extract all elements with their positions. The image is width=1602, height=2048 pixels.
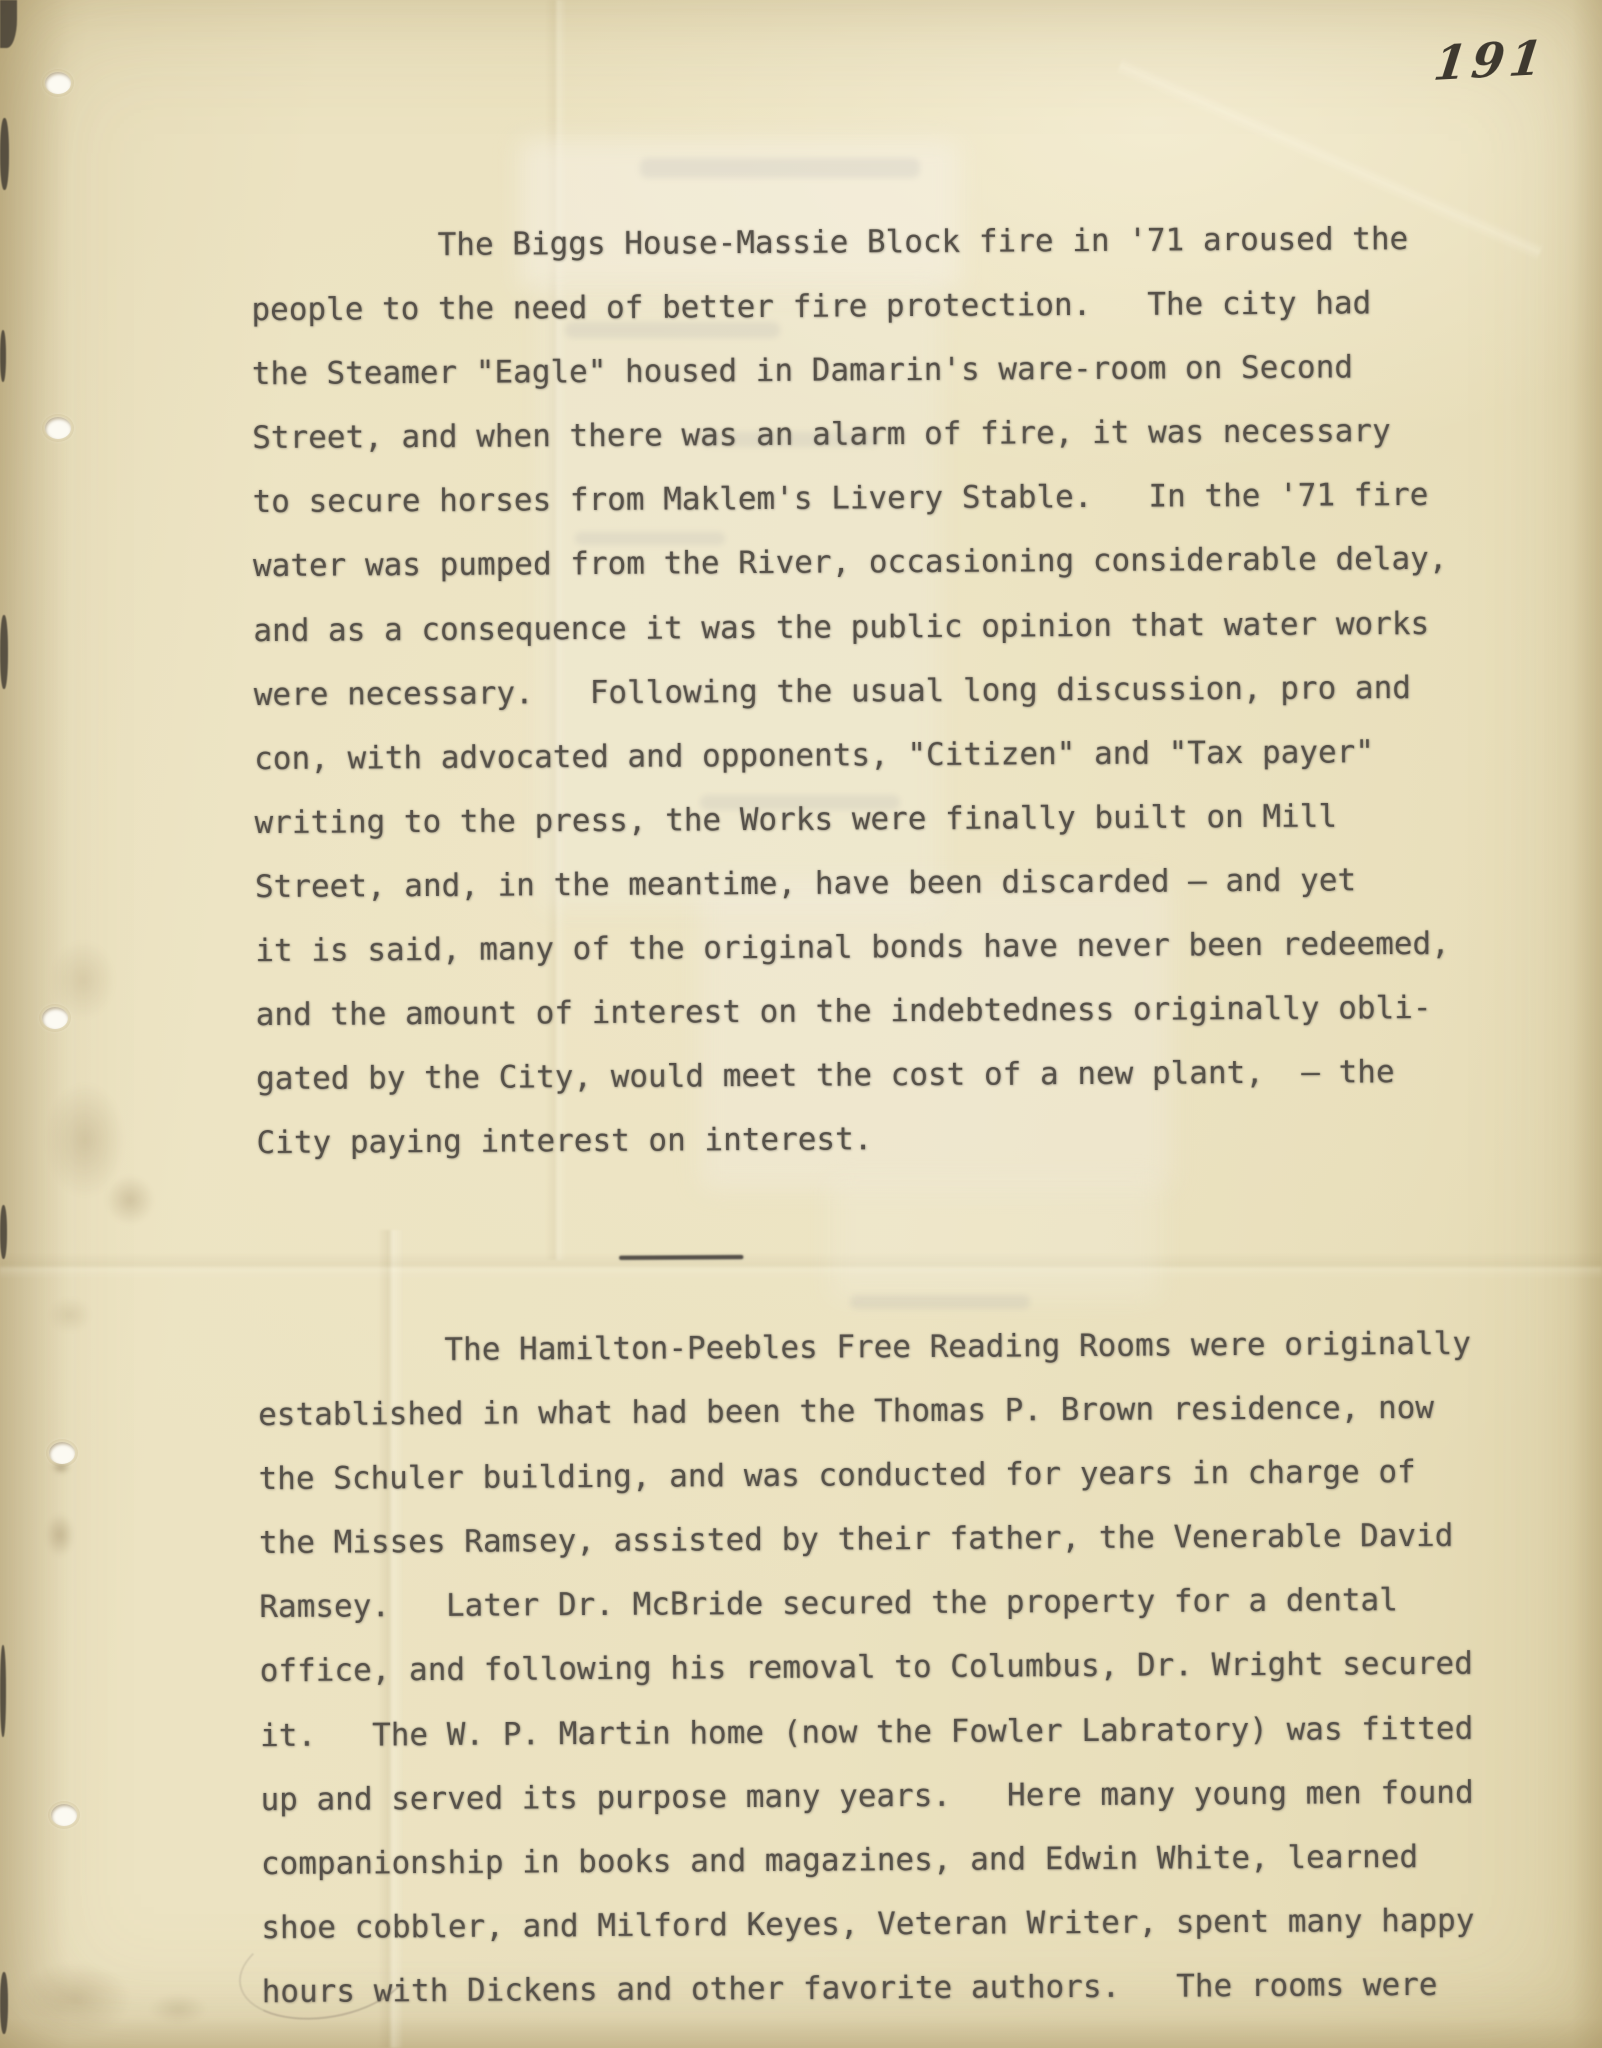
typed-line: people to the need of better fire protec… <box>251 271 1446 342</box>
typed-line: the Schuler building, and was conducted … <box>258 1440 1472 1512</box>
typed-line: office, and following his removal to Col… <box>260 1632 1474 1704</box>
torn-edge-chip <box>0 1645 6 1737</box>
typed-line: to secure horses from Maklem's Livery St… <box>252 463 1447 534</box>
typed-line: it. The W. P. Martin home (now the Fowle… <box>260 1696 1474 1768</box>
typed-line: were necessary. Following the usual long… <box>254 655 1449 726</box>
typed-line: the Misses Ramsey, assisted by their fat… <box>259 1504 1473 1576</box>
paragraph-reading-rooms: The Hamilton-Peebles Free Reading Rooms … <box>258 1312 1475 2024</box>
typed-line: City paying interest on interest. <box>256 1104 1451 1175</box>
typed-line: and as a consequence it was the public o… <box>253 591 1448 662</box>
torn-edge-chip <box>0 1972 8 2034</box>
typed-line: up and served its purpose many years. He… <box>260 1760 1474 1832</box>
typed-line: companionship in books and magazines, an… <box>261 1824 1475 1896</box>
typed-line: the Steamer "Eagle" housed in Damarin's … <box>252 335 1447 406</box>
typed-line: Street, and, in the meantime, have been … <box>255 848 1450 919</box>
typed-line: established in what had been the Thomas … <box>258 1376 1472 1448</box>
typed-line: Street, and when there was an alarm of f… <box>252 399 1447 470</box>
typed-line: it is said, many of the original bonds h… <box>255 912 1450 983</box>
typed-line: The Hamilton-Peebles Free Reading Rooms … <box>258 1312 1472 1384</box>
typed-text-block: The Biggs House-Massie Block fire in '71… <box>0 0 1602 2048</box>
typed-line: Ramsey. Later Dr. McBride secured the pr… <box>259 1568 1473 1640</box>
typed-line: The Biggs House-Massie Block fire in '71… <box>251 207 1446 278</box>
section-separator-rule <box>619 1255 743 1260</box>
typed-line: and the amount of interest on the indebt… <box>256 976 1451 1047</box>
typed-line: con, with advocated and opponents, "Citi… <box>254 719 1449 790</box>
typed-line: water was pumped from the River, occasio… <box>253 527 1448 598</box>
typed-line: shoe cobbler, and Milford Keyes, Veteran… <box>261 1888 1475 1960</box>
typed-line: hours with Dickens and other favorite au… <box>262 1953 1476 2025</box>
typed-line: writing to the press, the Works were fin… <box>254 784 1449 855</box>
manuscript-page: 191 The Biggs House-Massie Block fire in… <box>0 0 1602 2048</box>
paragraph-fire-protection: The Biggs House-Massie Block fire in '71… <box>251 207 1451 1176</box>
typed-line: gated by the City, would meet the cost o… <box>256 1040 1451 1111</box>
